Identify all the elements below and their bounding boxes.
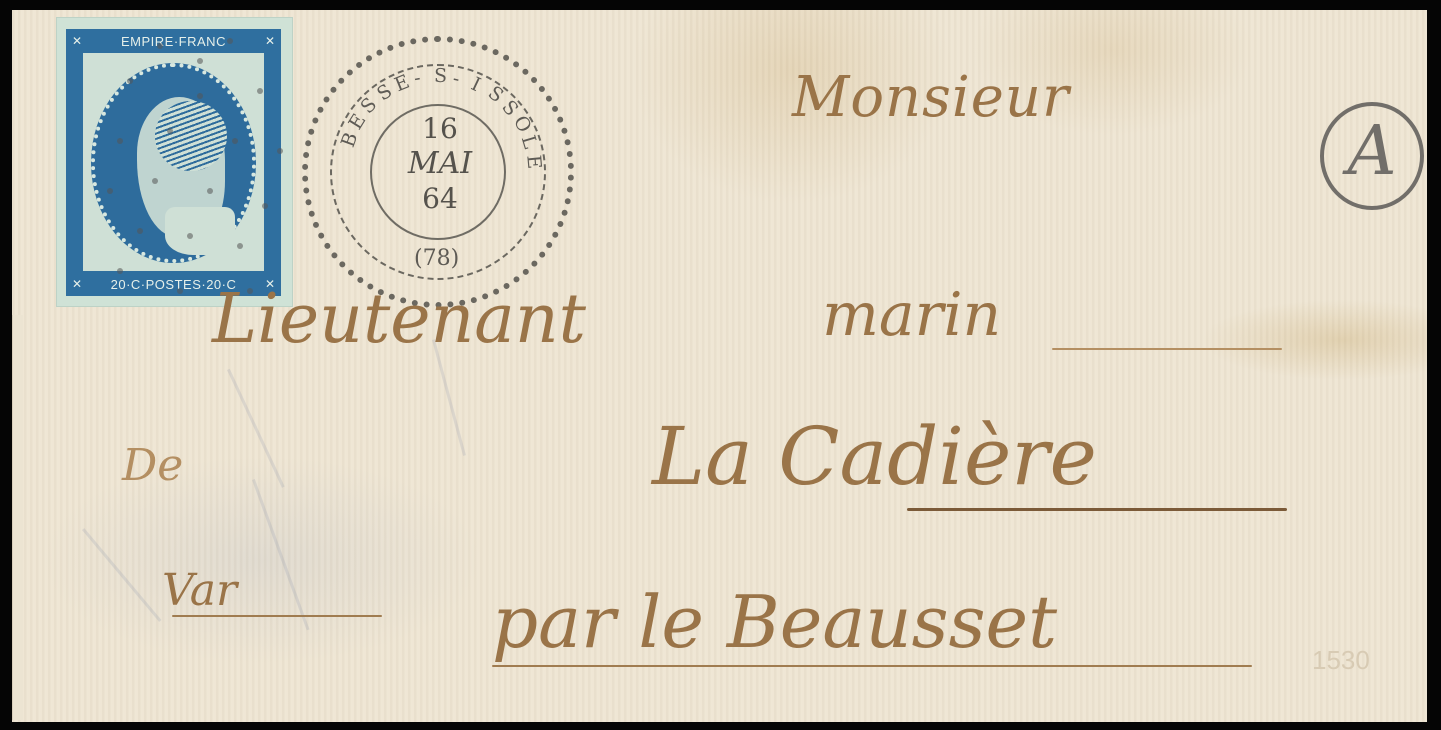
cancel-dot xyxy=(117,268,123,274)
marginal-pencil-note: 1530 xyxy=(1312,645,1370,676)
cancel-dot xyxy=(137,228,143,234)
town-underline xyxy=(907,508,1287,511)
circled-letter: A xyxy=(1324,112,1420,191)
bleed-through-stroke xyxy=(227,369,285,488)
postmark-department: (78) xyxy=(414,246,459,271)
bleed-through-stroke xyxy=(252,479,310,630)
address-rank: marin xyxy=(822,280,1001,350)
postmark-month: MAI xyxy=(372,146,508,181)
cancel-dot xyxy=(232,138,238,144)
stamp-frame: EMPIRE·FRANC ✕ ✕ ✕ ✕ 20·C·POSTES·20·C xyxy=(66,29,281,296)
cancel-dot xyxy=(207,188,213,194)
stamp-corner-ornament-icon: ✕ xyxy=(265,34,275,48)
postmark-town-letter: S xyxy=(433,65,449,87)
cancel-dot xyxy=(117,138,123,144)
address-routing: par le Beausset xyxy=(492,580,1057,664)
address-de-prefix: De xyxy=(122,440,183,491)
stamp-portrait-neck xyxy=(165,207,235,255)
address-town: La Cadière xyxy=(652,410,1097,503)
cancel-dot xyxy=(152,178,158,184)
department-underline xyxy=(172,615,382,617)
cancel-dot xyxy=(187,233,193,239)
circled-letter-mark: A xyxy=(1320,102,1424,210)
cancel-dot xyxy=(257,88,263,94)
cancel-dot xyxy=(167,128,173,134)
rank-trailing-stroke xyxy=(1052,348,1282,350)
stamp-portrait-hair xyxy=(155,101,227,171)
stamp-portrait-oval xyxy=(91,63,256,263)
letter-cover: EMPIRE·FRANC ✕ ✕ ✕ ✕ 20·C·POSTES·20·C BE… xyxy=(12,10,1427,722)
postmark-date-circle: 16 MAI 64 xyxy=(370,104,506,240)
address-department: Var xyxy=(162,565,237,616)
stamp-corner-ornament-icon: ✕ xyxy=(72,34,82,48)
cancel-dot xyxy=(237,243,243,249)
cancel-dot xyxy=(197,58,203,64)
circular-datestamp: BESSE-S-ISSOLE 16 MAI 64 (78) xyxy=(302,36,574,308)
letter-fold-edge xyxy=(12,315,23,720)
cancel-dot xyxy=(177,288,183,294)
cancel-dot xyxy=(197,93,203,99)
cancel-dot xyxy=(157,43,163,49)
bleed-through-stroke xyxy=(82,528,161,622)
postmark-day: 16 xyxy=(372,112,508,145)
postmark-town-letter: E xyxy=(522,154,545,172)
routing-underline xyxy=(492,665,1252,667)
cancel-dot xyxy=(107,188,113,194)
address-title: Lieutenant xyxy=(212,280,586,359)
stamp-top-text: EMPIRE·FRANC xyxy=(66,34,281,49)
address-salutation: Monsieur xyxy=(792,65,1070,130)
postage-stamp: EMPIRE·FRANC ✕ ✕ ✕ ✕ 20·C·POSTES·20·C xyxy=(57,18,292,306)
postmark-year: 64 xyxy=(372,182,508,215)
cancel-dot xyxy=(227,38,233,44)
cancel-dot xyxy=(277,148,283,154)
cancel-dot xyxy=(262,203,268,209)
stamp-inner-field xyxy=(83,53,264,271)
cancel-dot xyxy=(127,78,133,84)
